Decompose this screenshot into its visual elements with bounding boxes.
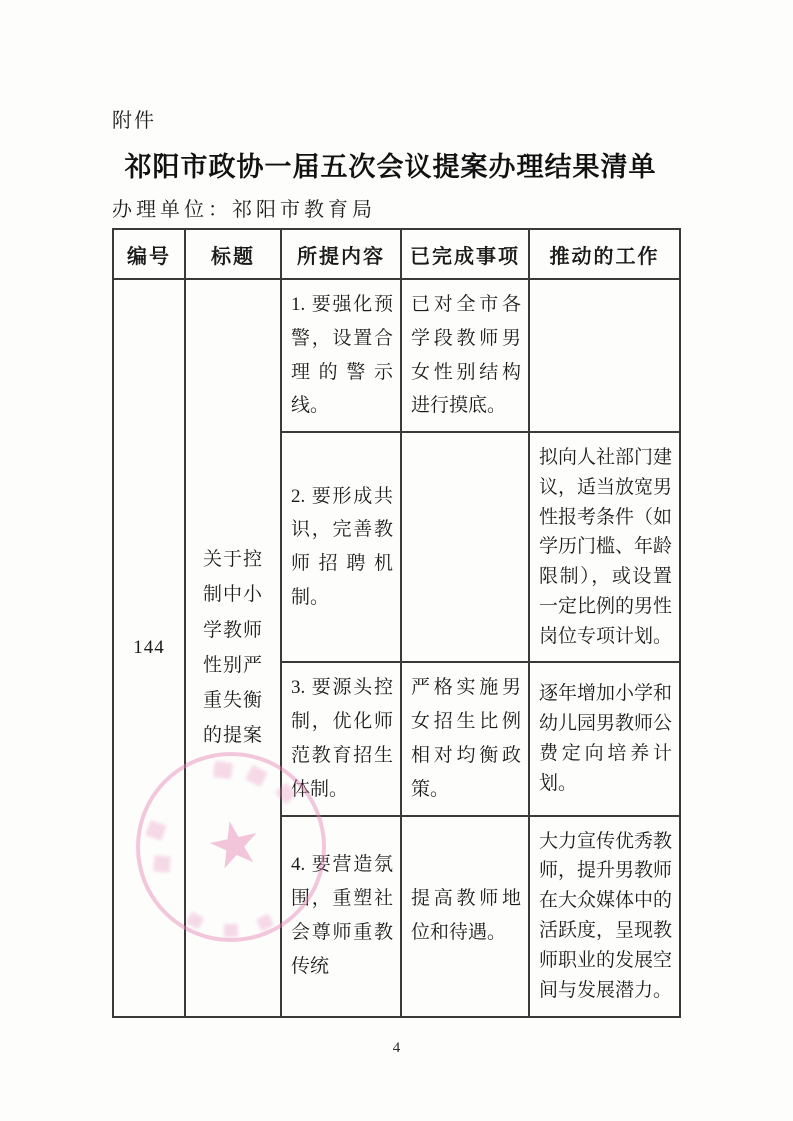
- promoted-cell-1: [529, 279, 680, 432]
- page-title: 祁阳市政协一届五次会议提案办理结果清单: [0, 145, 781, 184]
- table-row: 144 关于控制中小学教师性别严重失衡的提案 1. 要强化预警，设置合理的警示线…: [113, 279, 680, 432]
- proposal-number-cell: 144: [113, 279, 185, 1017]
- header-promoted: 推动的工作: [529, 229, 680, 279]
- completed-cell-3: 严格实施男女招生比例相对均衡政策。: [401, 662, 529, 815]
- header-number: 编号: [113, 229, 185, 279]
- completed-cell-1: 已对全市各学段教师男女性别结构进行摸底。: [401, 279, 529, 432]
- content-cell-3: 3. 要源头控制，优化师范教育招生体制。: [281, 662, 401, 815]
- results-table: 编号 标题 所提内容 已完成事项 推动的工作 144 关于控制中小学教师性别严重…: [112, 228, 681, 1018]
- content-cell-1: 1. 要强化预警，设置合理的警示线。: [281, 279, 401, 432]
- completed-cell-2: [401, 432, 529, 662]
- document-page: 附件 祁阳市政协一届五次会议提案办理结果清单 办理单位：祁阳市教育局 编号 标题…: [0, 0, 793, 1121]
- promoted-cell-4: 大力宣传优秀教师，提升男教师在大众媒体中的活跃度，呈现教师职业的发展空间与发展潜…: [529, 816, 680, 1017]
- page-number: 4: [0, 1040, 793, 1057]
- completed-cell-4: 提高教师地位和待遇。: [401, 816, 529, 1017]
- handling-unit-line: 办理单位：祁阳市教育局: [112, 193, 376, 222]
- attachment-label: 附件: [112, 104, 156, 133]
- proposal-title-cell: 关于控制中小学教师性别严重失衡的提案: [185, 279, 281, 1017]
- header-content: 所提内容: [281, 229, 401, 279]
- promoted-cell-2: 拟向人社部门建议，适当放宽男性报考条件（如学历门槛、年龄限制），或设置一定比例的…: [529, 432, 680, 662]
- content-cell-2: 2. 要形成共识，完善教师招聘机制。: [281, 432, 401, 662]
- content-cell-4: 4. 要营造氛围，重塑社会尊师重教传统: [281, 816, 401, 1017]
- header-completed: 已完成事项: [401, 229, 529, 279]
- promoted-cell-3: 逐年增加小学和幼儿园男教师公费定向培养计划。: [529, 662, 680, 815]
- table-header-row: 编号 标题 所提内容 已完成事项 推动的工作: [113, 229, 680, 279]
- header-title: 标题: [185, 229, 281, 279]
